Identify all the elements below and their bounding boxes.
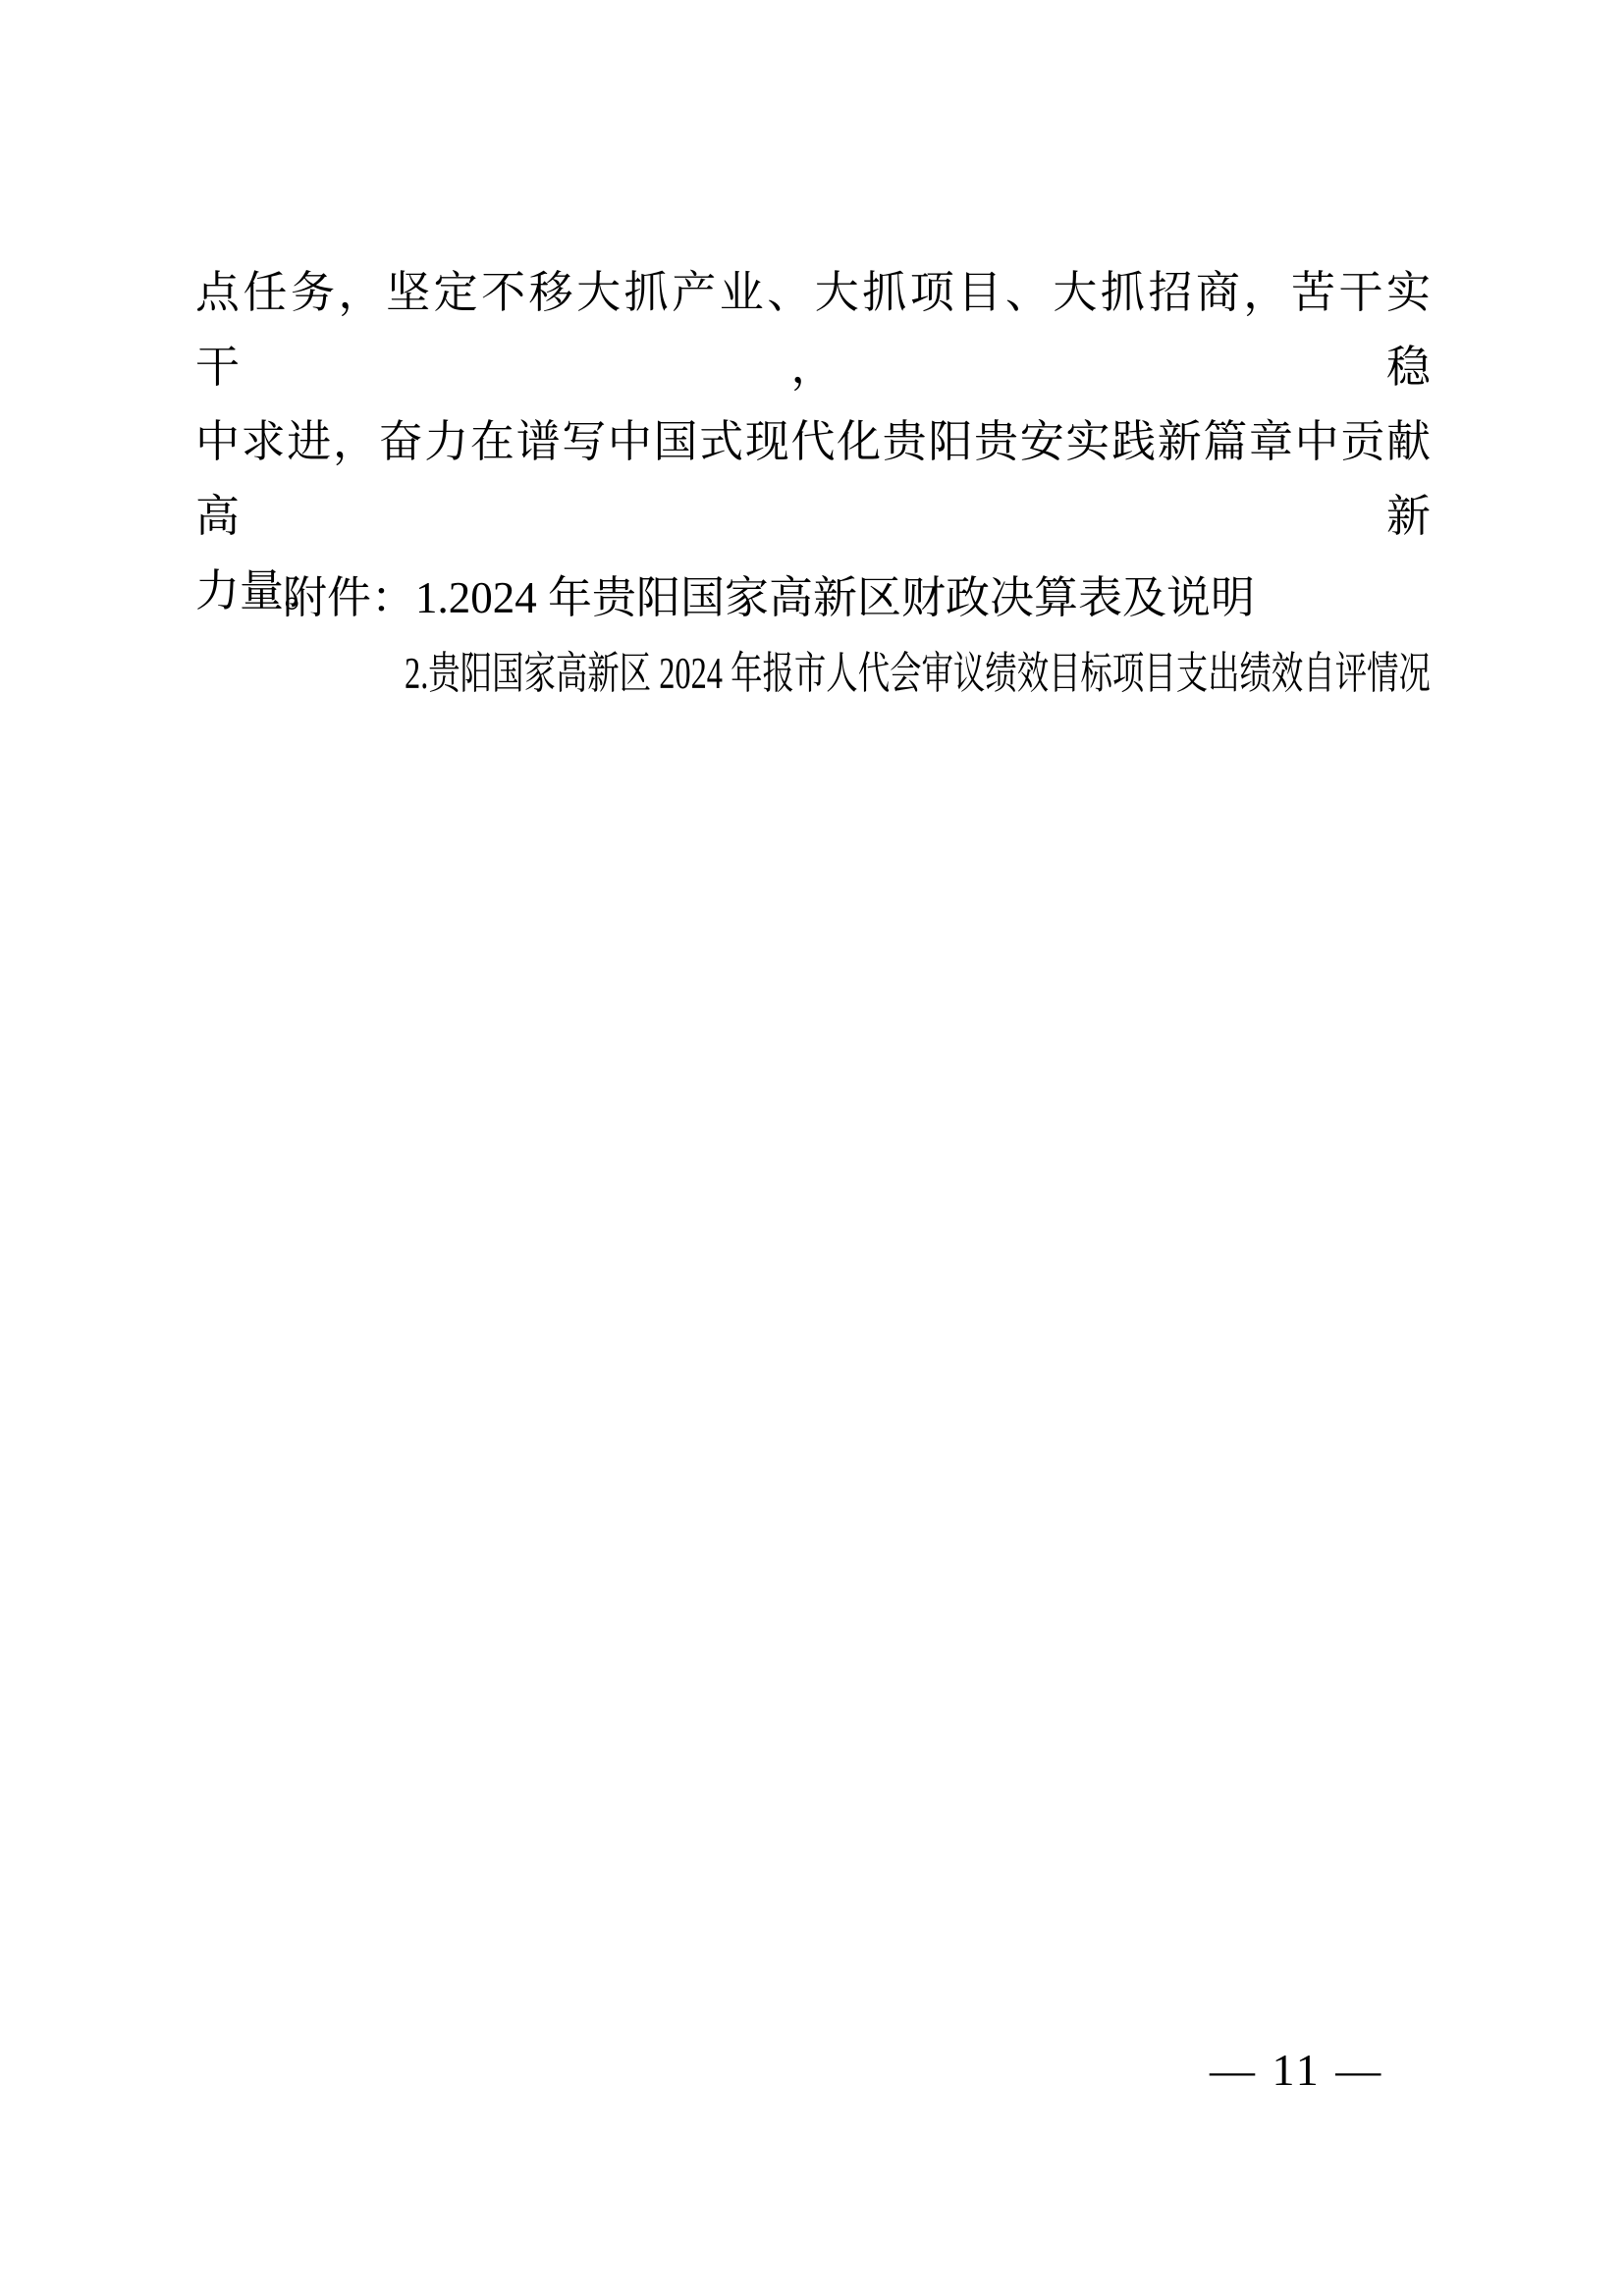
attachments-label: 附件： (283, 573, 415, 622)
page-number: — 11 — (1210, 2044, 1383, 2096)
paragraph-line-2: 中求进，奋力在谱写中国式现代化贵阳贵安实践新篇章中贡献高新 (195, 404, 1431, 554)
attachments-block: 附件：1.2024 年贵阳国家高新区财政决算表及说明 2.贵阳国家高新区 202… (283, 561, 1510, 712)
attachment-item-1: 1.2024 年贵阳国家高新区财政决算表及说明 (415, 573, 1255, 622)
attachment-item-2-line: 2.贵阳国家高新区 2024 年报市人代会审议绩效目标项目支出绩效自评情况 (405, 636, 1510, 712)
document-page: 点任务，坚定不移大抓产业、大抓项目、大抓招商，苦干实干，稳 中求进，奋力在谱写中… (0, 0, 1624, 2296)
attachment-item-1-line: 附件：1.2024 年贵阳国家高新区财政决算表及说明 (283, 561, 1510, 636)
paragraph-line-1: 点任务，坚定不移大抓产业、大抓项目、大抓招商，苦干实干，稳 (195, 255, 1431, 404)
attachment-item-2: 2.贵阳国家高新区 2024 年报市人代会审议绩效目标项目支出绩效自评情况 (405, 636, 1431, 712)
